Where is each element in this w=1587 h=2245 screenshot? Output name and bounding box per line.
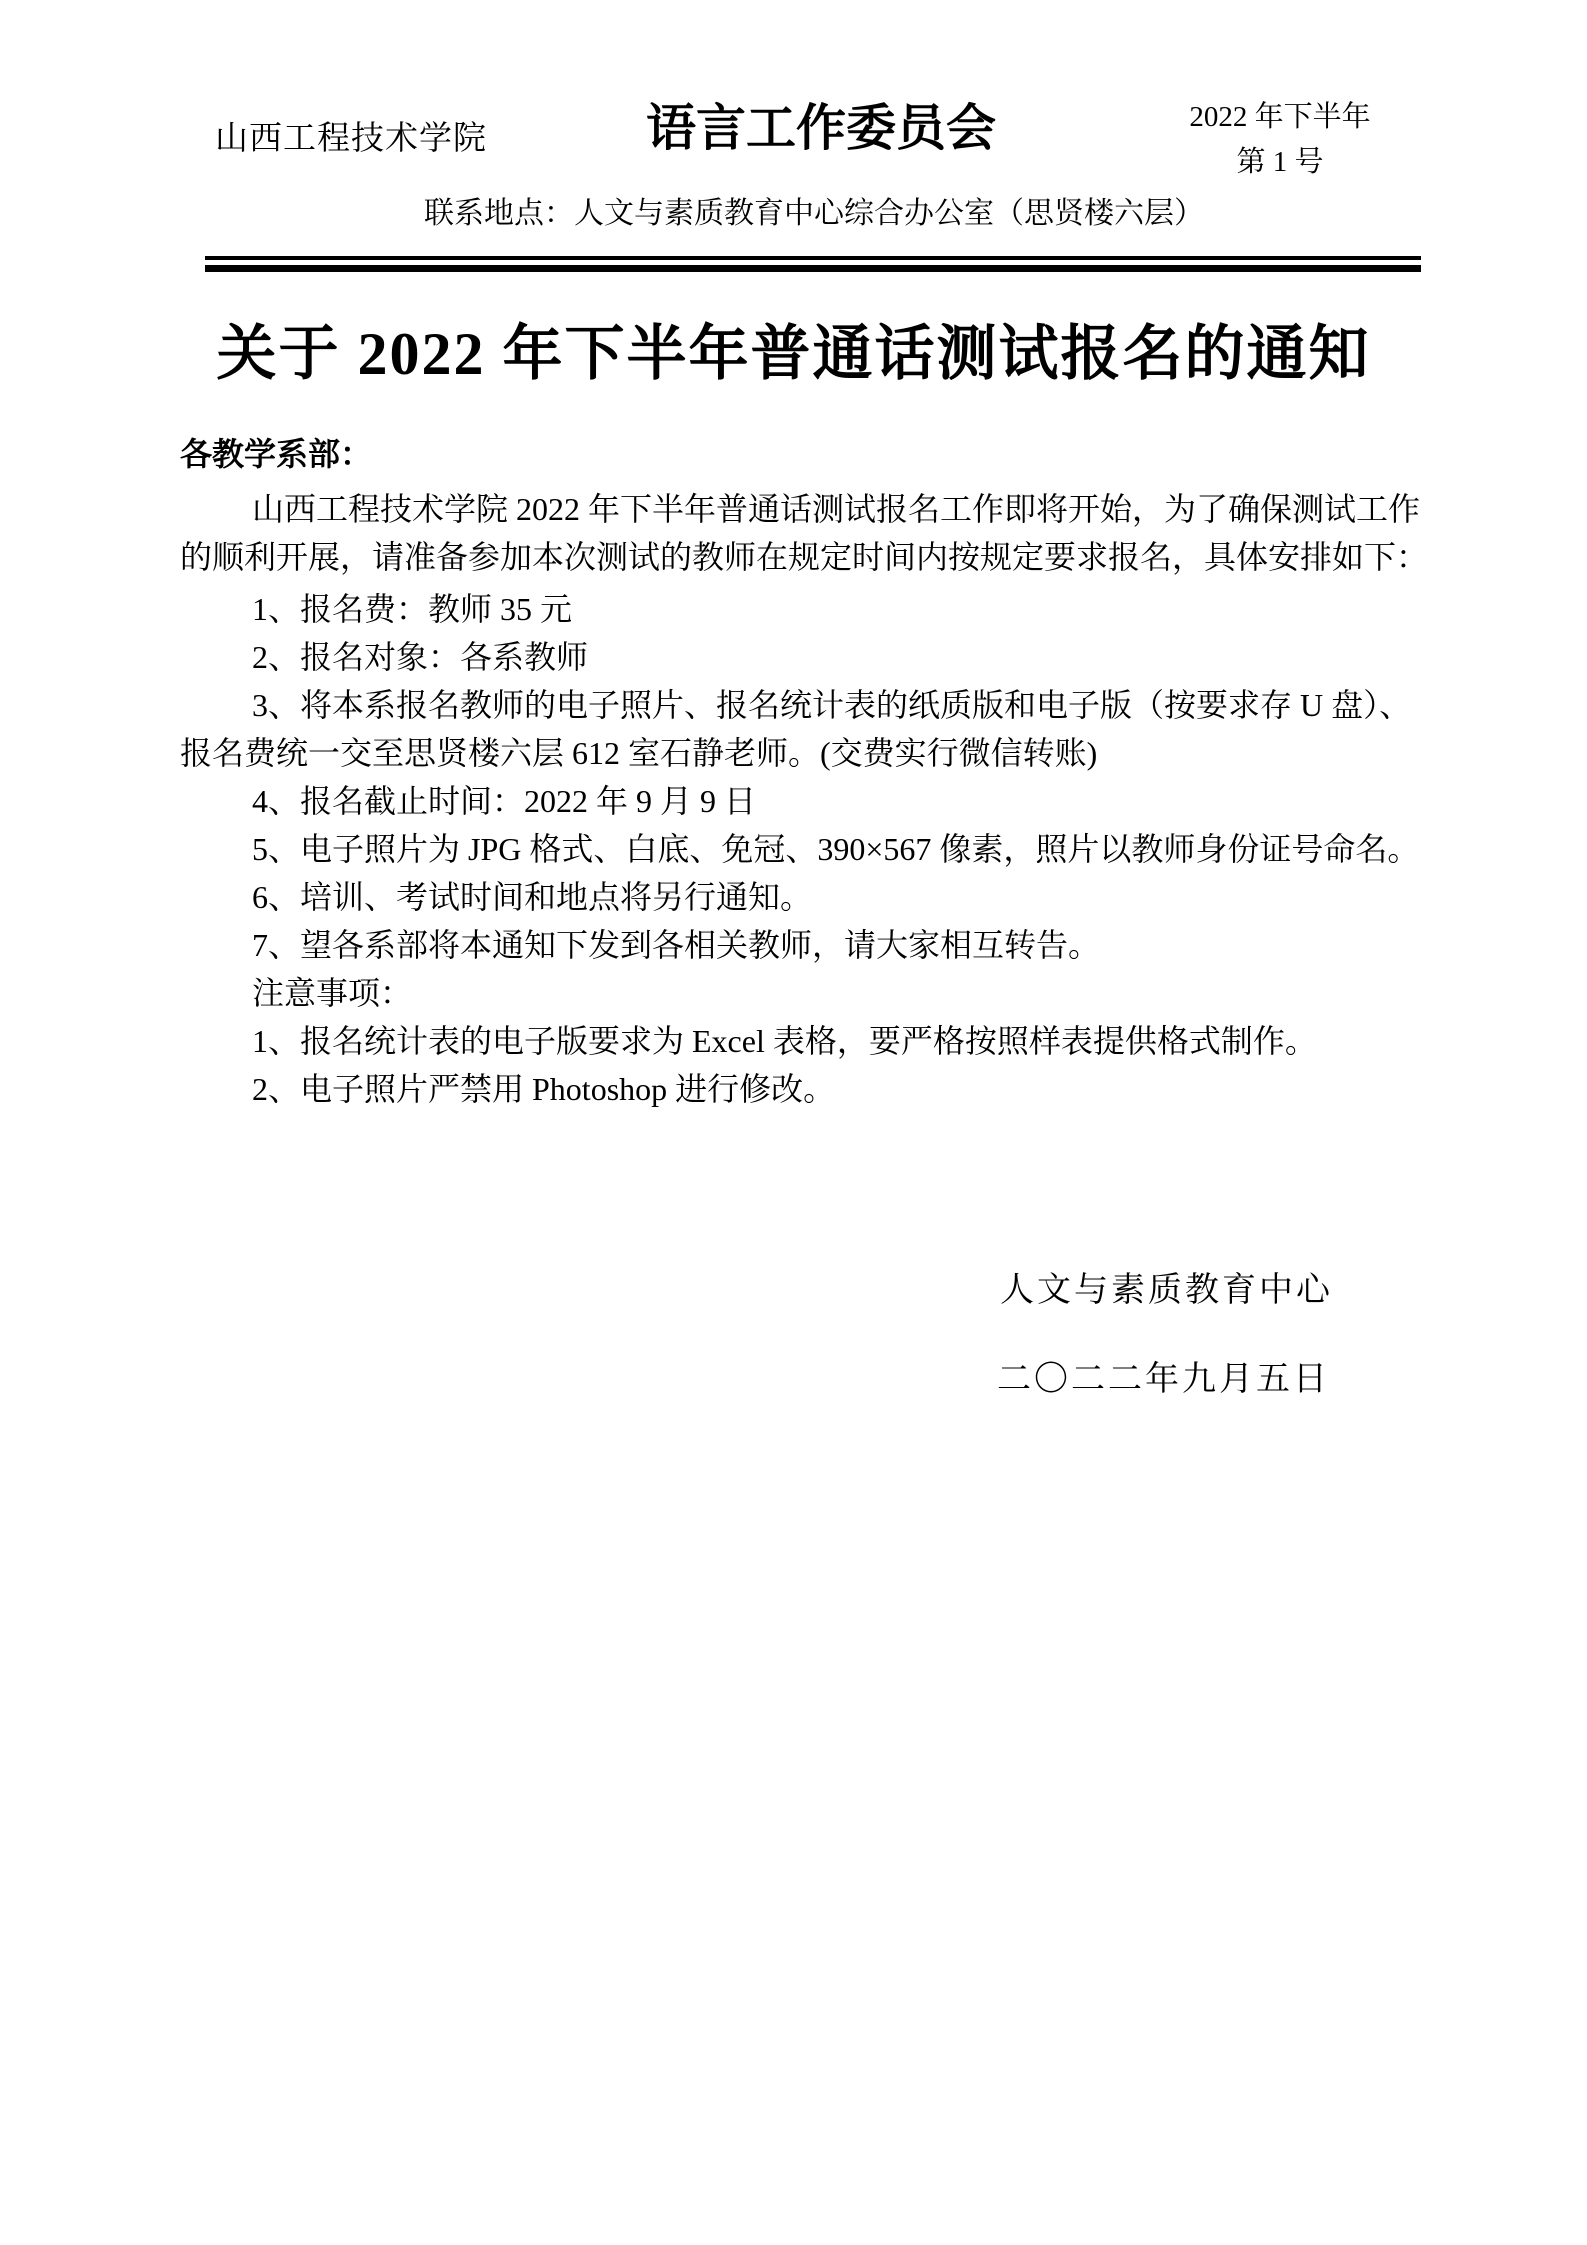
- committee-title: 语言工作委员会: [646, 100, 996, 158]
- item-1-fee: 1、报名费：教师 35 元: [180, 585, 1424, 633]
- notice-title: 关于 2022 年下半年普通话测试报名的通知: [0, 318, 1587, 390]
- item-7-forwarding: 7、望各系部将本通知下发到各相关教师，请大家相互转告。: [180, 921, 1424, 969]
- notice-document-page: 山西工程技术学院 语言工作委员会 2022 年下半年 第 1 号 联系地点：人文…: [0, 0, 1587, 2245]
- issuing-school-name: 山西工程技术学院: [215, 121, 487, 157]
- intro-paragraph-line-1: 山西工程技术学院 2022 年下半年普通话测试报名工作即将开始，为了确保测试工作: [180, 485, 1424, 533]
- item-5-photo-spec: 5、电子照片为 JPG 格式、白底、免冠、390×567 像素，照片以教师身份证…: [180, 825, 1424, 873]
- notice-body: 各教学系部： 山西工程技术学院 2022 年下半年普通话测试报名工作即将开始，为…: [180, 430, 1424, 1113]
- item-3-materials-line-2: 报名费统一交至思贤楼六层 612 室石静老师。(交费实行微信转账): [180, 729, 1424, 777]
- letterhead-double-rule: [205, 256, 1421, 272]
- item-6-schedule-notice: 6、培训、考试时间和地点将另行通知。: [180, 873, 1424, 921]
- item-2-target: 2、报名对象：各系教师: [180, 633, 1424, 681]
- note-1-excel-format: 1、报名统计表的电子版要求为 Excel 表格，要严格按照样表提供格式制作。: [180, 1017, 1424, 1065]
- intro-paragraph-line-2: 的顺利开展，请准备参加本次测试的教师在规定时间内按规定要求报名，具体安排如下：: [180, 533, 1424, 581]
- contact-address-line: 联系地点：人文与素质教育中心综合办公室（思贤楼六层）: [424, 196, 1204, 232]
- issue-period: 2022 年下半年: [1140, 95, 1420, 140]
- issue-info: 2022 年下半年 第 1 号: [1140, 95, 1420, 185]
- signature-department: 人文与素质教育中心: [1000, 1271, 1333, 1312]
- note-2-no-photoshop: 2、电子照片严禁用 Photoshop 进行修改。: [180, 1065, 1424, 1113]
- item-4-deadline: 4、报名截止时间：2022 年 9 月 9 日: [180, 777, 1424, 825]
- salutation-line: 各教学系部：: [180, 430, 1424, 478]
- signature-date: 二〇二二年九月五日: [997, 1360, 1330, 1401]
- issue-number: 第 1 号: [1140, 140, 1420, 185]
- item-3-materials-line-1: 3、将本系报名教师的电子照片、报名统计表的纸质版和电子版（按要求存 U 盘）、: [180, 681, 1424, 729]
- notes-heading: 注意事项：: [180, 969, 1424, 1017]
